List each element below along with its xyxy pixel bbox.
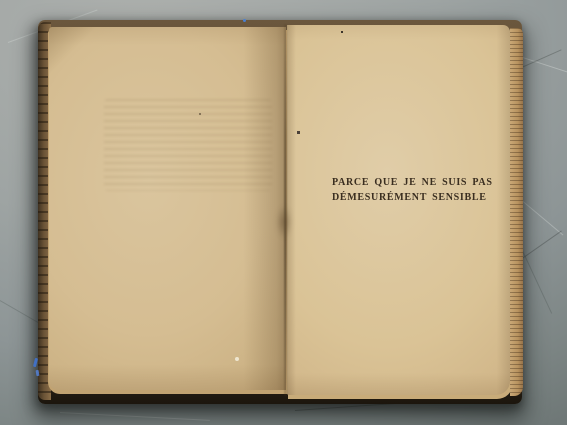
- scratch-line: [520, 245, 553, 313]
- paper-speck: [341, 31, 343, 33]
- open-book: PARCE QUE JE NE SUIS PAS DÉMESURÉMENT SE…: [38, 20, 522, 404]
- paper-speck: [199, 113, 201, 115]
- text-show-through: [104, 99, 272, 191]
- paper-speck: [297, 131, 300, 134]
- left-page: [49, 27, 286, 390]
- scratch-line: [60, 412, 210, 421]
- page-block-fore-edge: [510, 28, 523, 396]
- printed-text-block: PARCE QUE JE NE SUIS PAS DÉMESURÉMENT SE…: [332, 175, 493, 205]
- printed-text-line-1: PARCE QUE JE NE SUIS PAS: [332, 175, 493, 190]
- gutter-smudge: [276, 205, 292, 239]
- printed-text-line-2: DÉMESURÉMENT SENSIBLE: [332, 190, 493, 205]
- photo-background: PARCE QUE JE NE SUIS PAS DÉMESURÉMENT SE…: [0, 0, 567, 425]
- blue-ink-dot: [243, 19, 246, 22]
- paper-speck: [235, 357, 239, 361]
- right-page: PARCE QUE JE NE SUIS PAS DÉMESURÉMENT SE…: [287, 25, 510, 395]
